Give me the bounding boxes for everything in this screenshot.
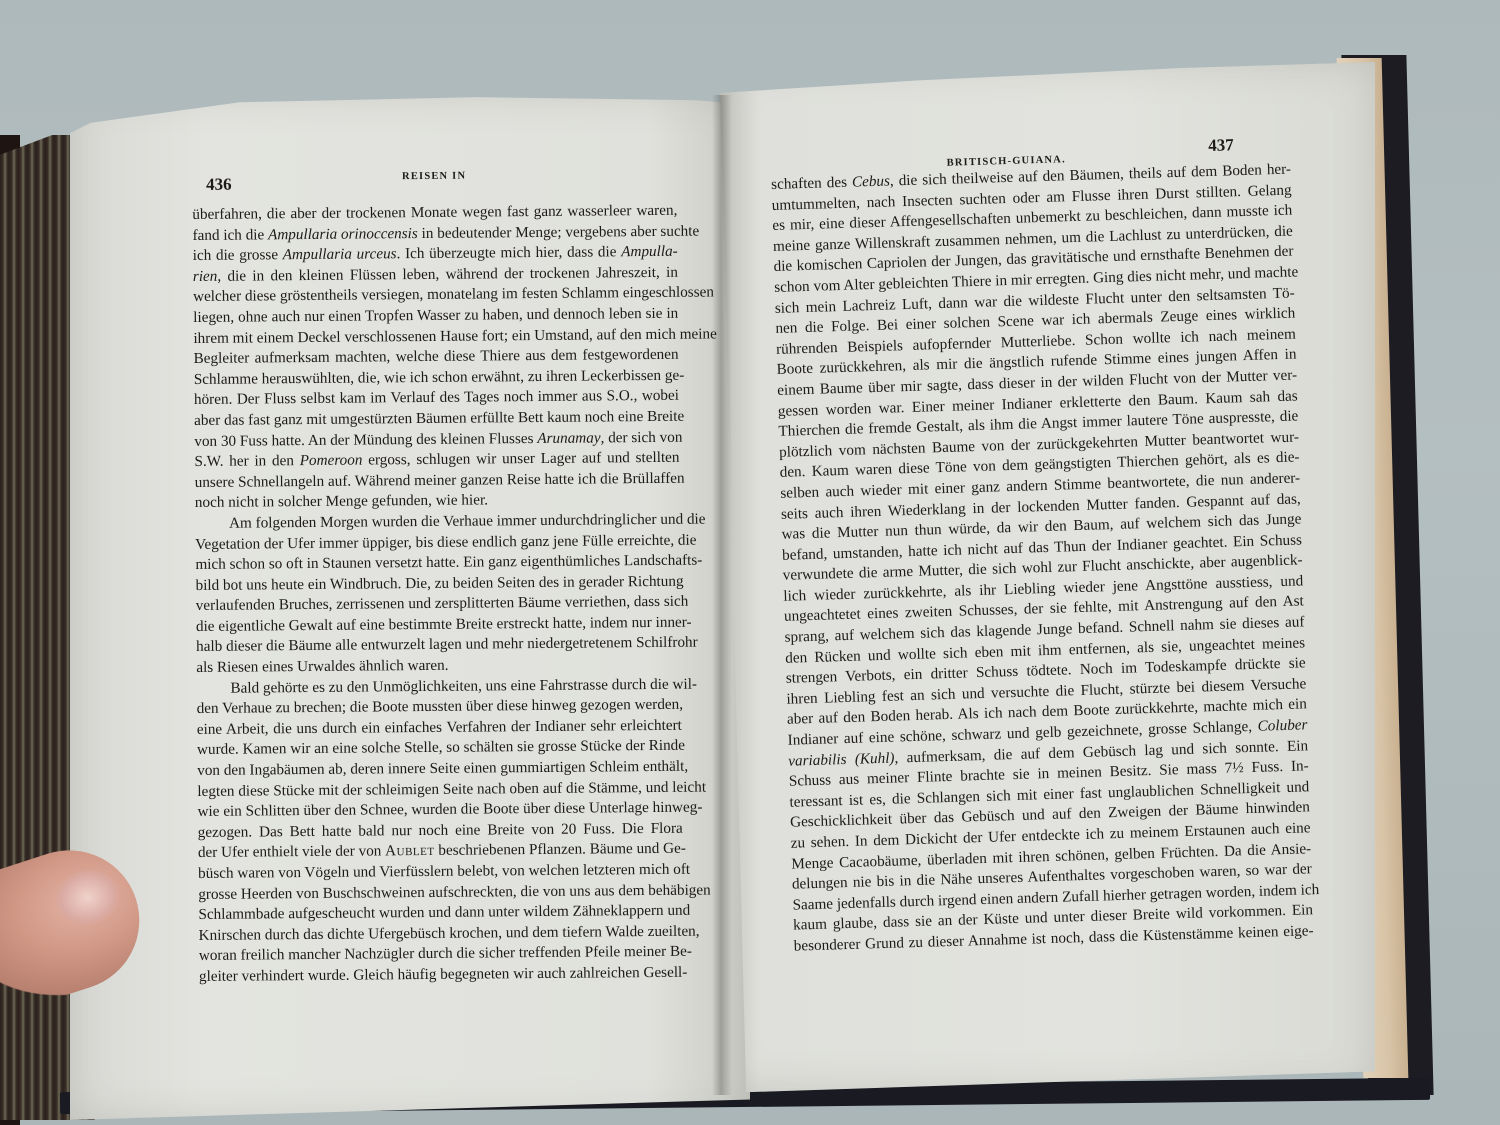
text-line: halb dieser die Bäume alle entwurzelt la… [196, 633, 681, 658]
running-head: REISEN IN [402, 167, 466, 188]
text-line: gleiter verhindert wurde. Gleich häufig … [199, 963, 684, 988]
running-head: BRITISCH-GUIANA. [946, 150, 1066, 174]
photo-scene: 436 REISEN IN überfahren, die aber der t… [0, 0, 1500, 1125]
left-page-text: 436 REISEN IN überfahren, die aber der t… [192, 171, 684, 988]
left-page-body: überfahren, die aber der trockenen Monat… [192, 201, 684, 988]
left-page-header: 436 REISEN IN [192, 171, 677, 205]
right-page-body: schaften des Cebus, die sich theilweise … [771, 160, 1314, 958]
book-gutter [712, 95, 732, 1095]
page-number: 436 [206, 175, 232, 196]
page-number: 437 [1208, 135, 1234, 156]
right-page-text: BRITISCH-GUIANA. 437 schaften des Cebus,… [770, 130, 1314, 958]
